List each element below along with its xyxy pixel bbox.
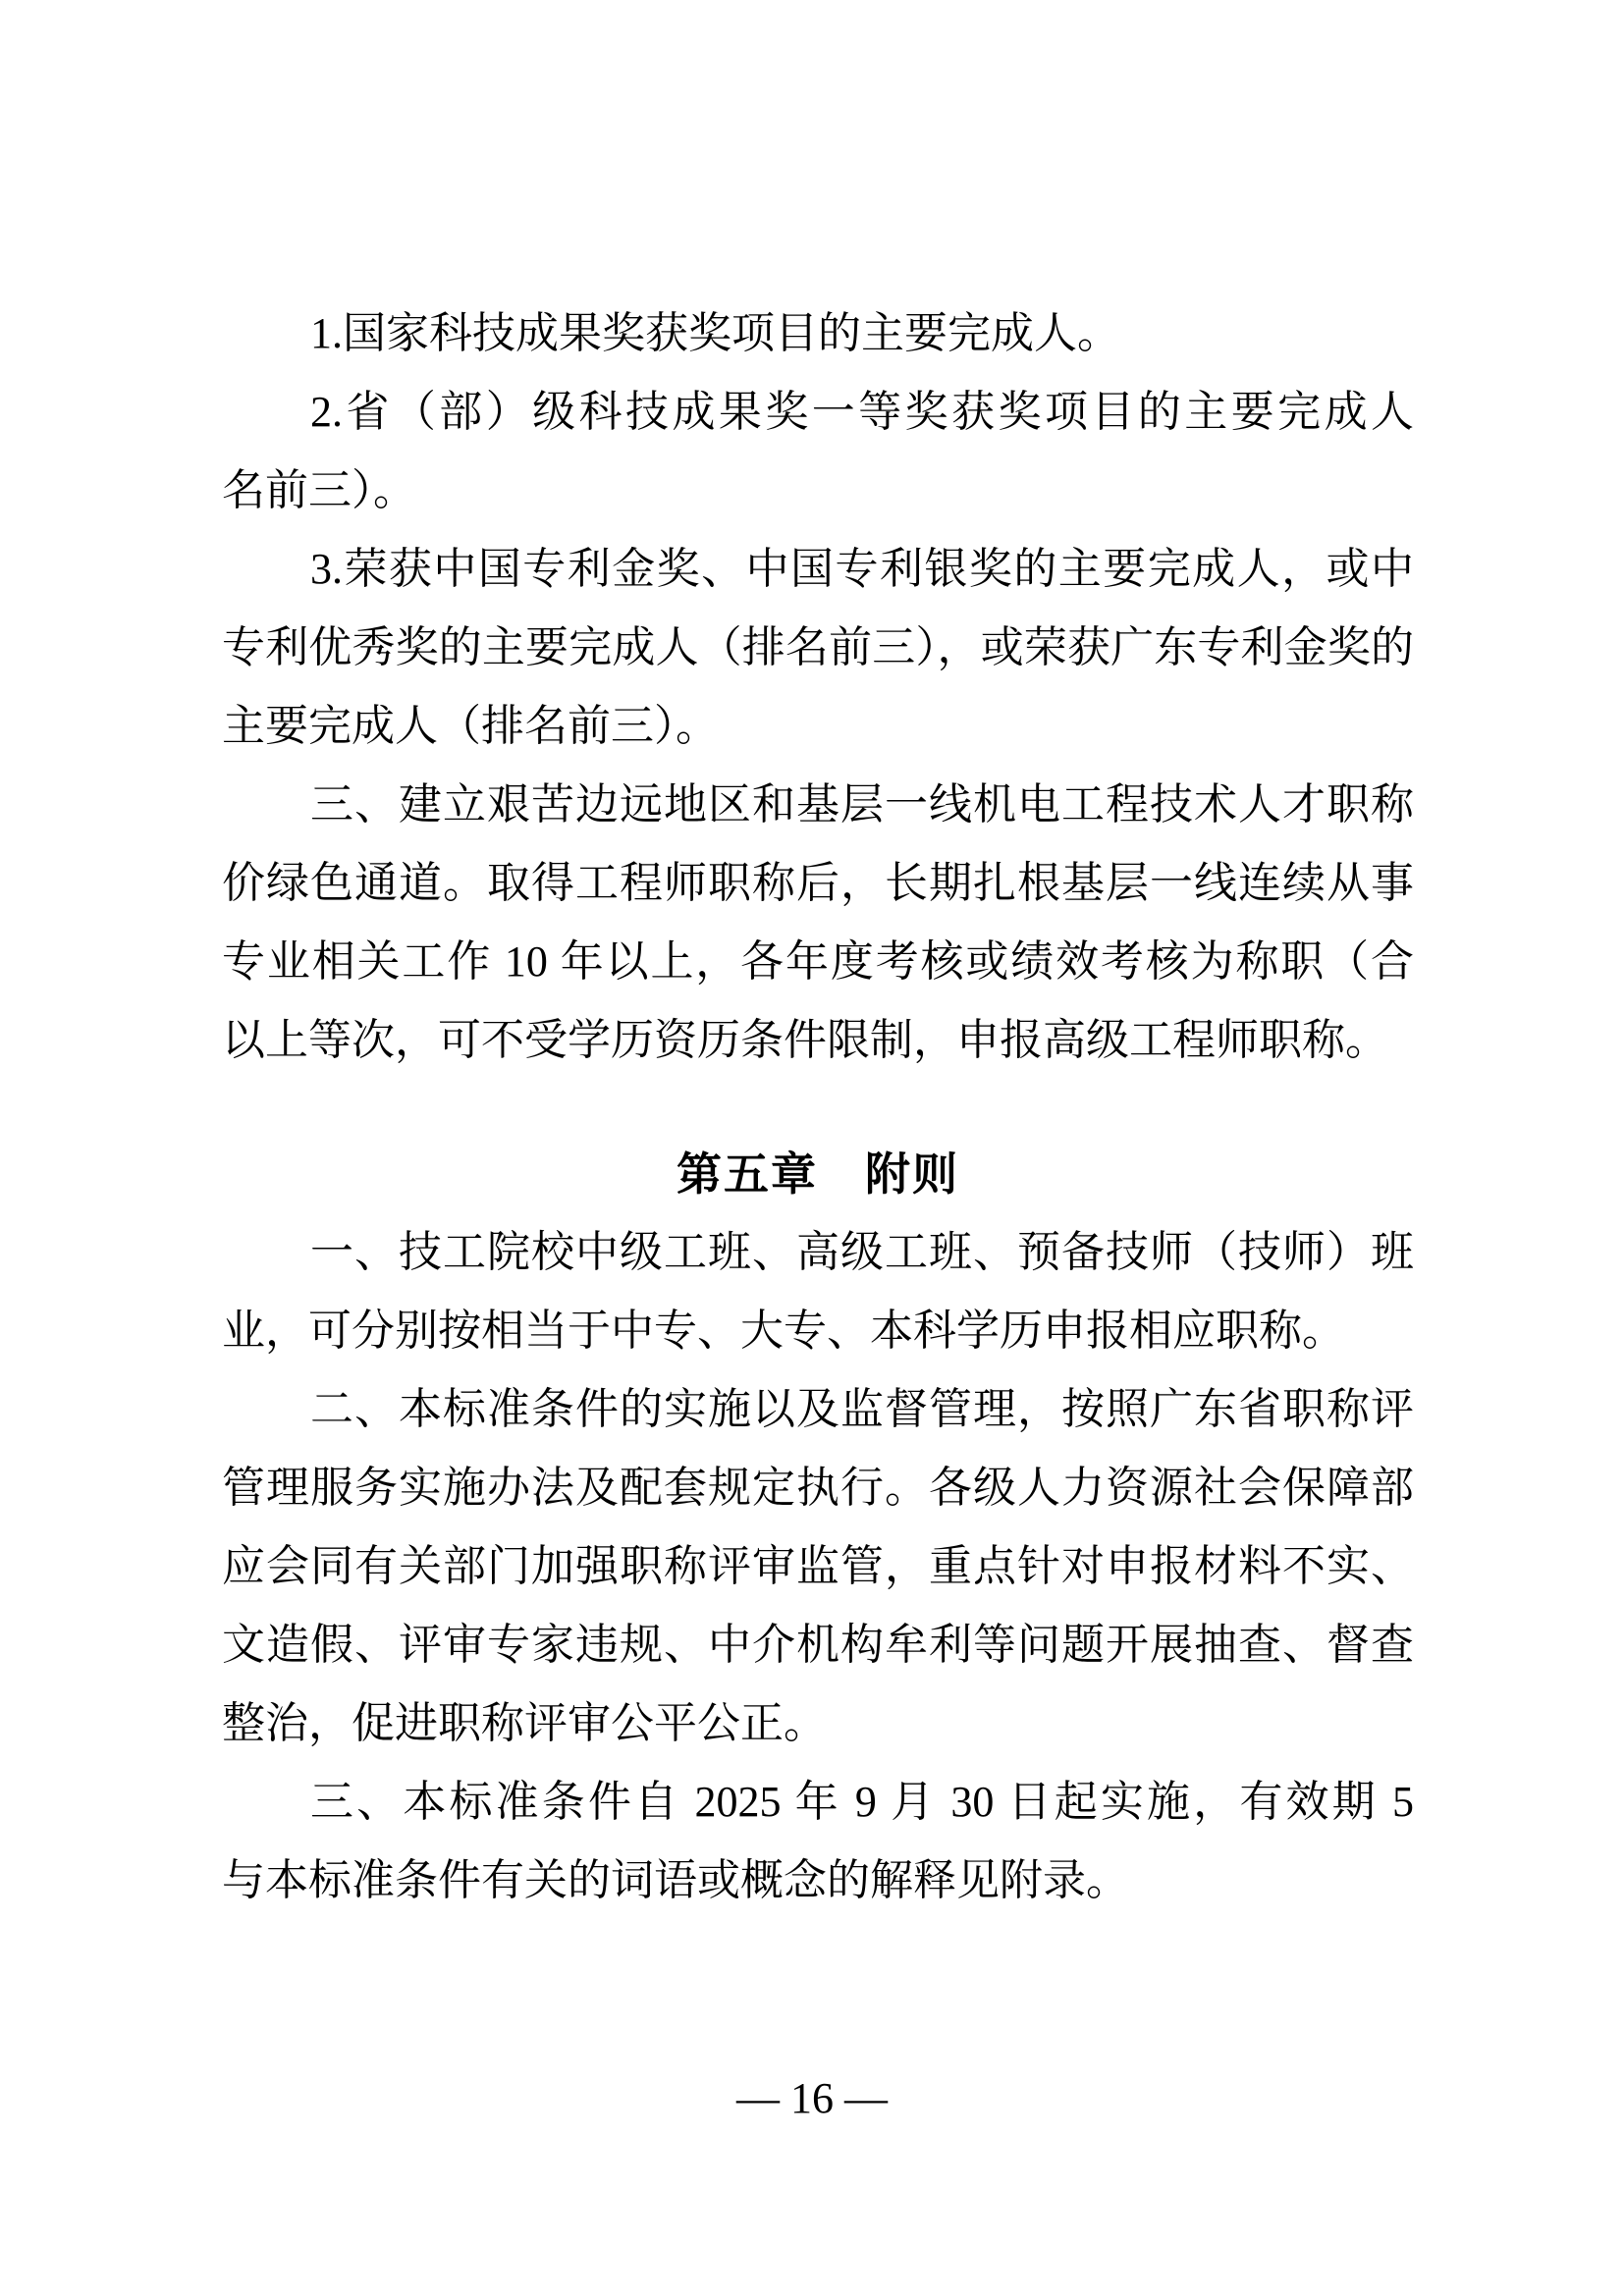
- text-line: 管理服务实施办法及配套规定执行。各级人力资源社会保障部门: [222, 1449, 1414, 1527]
- text-line: 以上等次，可不受学历资历条件限制，申报高级工程师职称。: [222, 1001, 1414, 1080]
- text-line: 主要完成人（排名前三）。: [222, 687, 1414, 766]
- text-line: 价绿色通道。取得工程师职称后，长期扎根基层一线连续从事本: [222, 844, 1414, 923]
- chapter-heading: 第五章 附则: [222, 1135, 1414, 1213]
- text-line: 应会同有关部门加强职称评审监管，重点针对申报材料不实、论: [222, 1527, 1414, 1606]
- text-line: 专业相关工作 10 年以上，各年度考核或绩效考核为称职（合格）: [222, 923, 1414, 1001]
- document-body: 1.国家科技成果奖获奖项目的主要完成人。 2.省（部）级科技成果奖一等奖获奖项目…: [222, 294, 1414, 1920]
- text-line: 三、建立艰苦边远地区和基层一线机电工程技术人才职称评: [222, 766, 1414, 844]
- text-line: 二、本标准条件的实施以及监督管理，按照广东省职称评审: [222, 1370, 1414, 1449]
- text-line: 与本标准条件有关的词语或概念的解释见附录。: [222, 1842, 1414, 1920]
- text-line: 三、本标准条件自 2025 年 9 月 30 日起实施，有效期 5 年。: [222, 1763, 1414, 1842]
- document-page: 1.国家科技成果奖获奖项目的主要完成人。 2.省（部）级科技成果奖一等奖获奖项目…: [0, 0, 1624, 2296]
- text-line: 专利优秀奖的主要完成人（排名前三），或荣获广东专利金奖的: [222, 609, 1414, 687]
- text-line: 业，可分别按相当于中专、大专、本科学历申报相应职称。: [222, 1292, 1414, 1370]
- page-number: — 16 —: [0, 2059, 1624, 2138]
- text-line: 1.国家科技成果奖获奖项目的主要完成人。: [222, 294, 1414, 373]
- text-line: 名前三）。: [222, 452, 1414, 530]
- text-line: 3.荣获中国专利金奖、中国专利银奖的主要完成人，或中国: [222, 530, 1414, 609]
- text-line: 整治，促进职称评审公平公正。: [222, 1684, 1414, 1763]
- text-line: 文造假、评审专家违规、中介机构牟利等问题开展抽查、督查和: [222, 1606, 1414, 1684]
- text-line: 一、技工院校中级工班、高级工班、预备技师（技师）班毕: [222, 1213, 1414, 1292]
- text-line: 2.省（部）级科技成果奖一等奖获奖项目的主要完成人（排: [222, 373, 1414, 452]
